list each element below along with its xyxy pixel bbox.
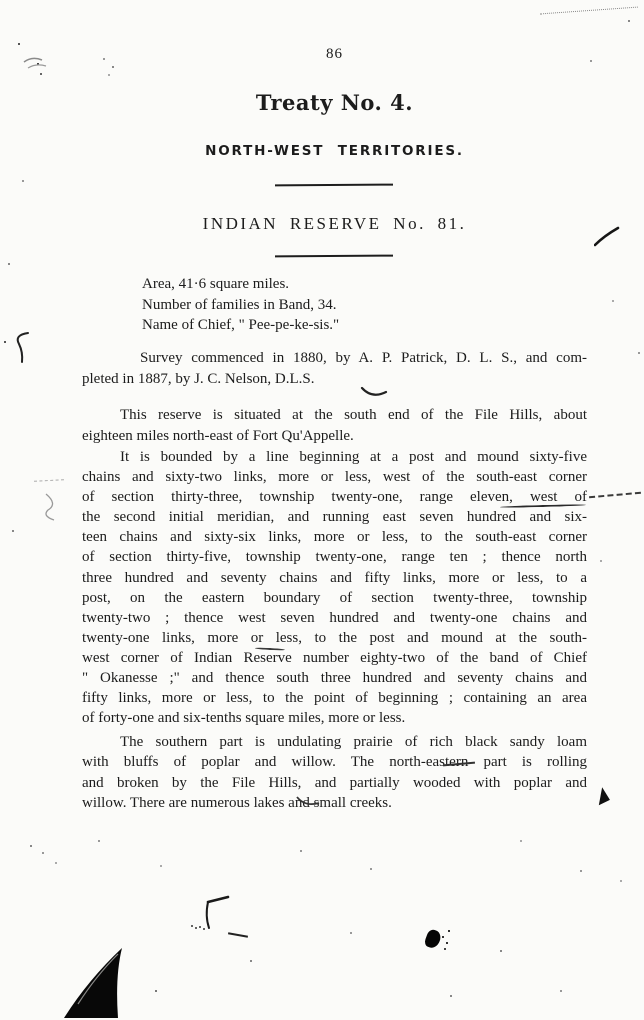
text-line: and broken by the File Hills, and partia… — [82, 775, 587, 795]
pencil-dash-trail — [589, 492, 641, 499]
paragraph: This reserve is situated at the south en… — [82, 407, 587, 448]
pencil-slash-mark — [594, 226, 620, 248]
text-line: of section thirty-five, township twenty-… — [82, 549, 587, 569]
margin-hook-mark — [12, 330, 32, 366]
text-line: three hundred and seventy chains and fif… — [82, 570, 587, 590]
margin-squiggle-mark — [42, 492, 64, 522]
text-line: of forty-one and six-tenths square miles… — [82, 710, 587, 730]
body-text: Area, 41·6 square miles.Number of famili… — [82, 0, 587, 1020]
paragraph: Survey commenced in 1880, by A. P. Patri… — [82, 350, 587, 391]
stat-line: Number of families in Band, 34. — [142, 297, 339, 318]
text-line: the second initial meridian, and running… — [82, 509, 587, 529]
pencil-smudge — [22, 52, 62, 74]
paragraph: The southern part is undulating prairie … — [82, 734, 587, 815]
text-line: twenty-one links, more or less, to the p… — [82, 630, 587, 650]
text-line: " Okanesse ;" and thence south three hun… — [82, 670, 587, 690]
margin-dash-mark — [34, 479, 64, 482]
text-line: of section thirty-three, township twenty… — [82, 489, 587, 509]
text-line: eighteen miles north-east of Fort Qu'App… — [82, 428, 587, 449]
text-line: pleted in 1887, by J. C. Nelson, D.L.S. — [82, 371, 587, 392]
text-line: willow. There are numerous lakes and sma… — [82, 795, 587, 815]
text-line: west corner of Indian Reserve number eig… — [82, 650, 587, 670]
stat-line: Area, 41·6 square miles. — [142, 276, 339, 297]
ink-arrowhead-mark — [596, 786, 612, 806]
text-line: post, on the eastern boundary of section… — [82, 590, 587, 610]
text-line: chains and sixty-two links, more or less… — [82, 469, 587, 489]
text-line: twenty-two ; thence west seven hundred a… — [82, 610, 587, 630]
text-line: teen chains and sixty-six links, more or… — [82, 529, 587, 549]
text-line: fifty links, more or less, to the point … — [82, 690, 587, 710]
reserve-stats: Area, 41·6 square miles.Number of famili… — [142, 276, 339, 338]
scanned-document-page: 86 Treaty No. 4. NORTH-WEST TERRITORIES.… — [0, 0, 644, 1020]
stat-line: Name of Chief, " Pee-pe-ke-sis." — [142, 317, 339, 338]
text-line: Survey commenced in 1880, by A. P. Patri… — [82, 350, 587, 371]
dust-specks — [0, 0, 2, 2]
text-line: It is bounded by a line beginning at a p… — [82, 449, 587, 469]
text-line: The southern part is undulating prairie … — [82, 734, 587, 754]
text-line: This reserve is situated at the south en… — [82, 407, 587, 428]
paragraph: It is bounded by a line beginning at a p… — [82, 449, 587, 730]
text-line: with bluffs of poplar and willow. The no… — [82, 754, 587, 774]
